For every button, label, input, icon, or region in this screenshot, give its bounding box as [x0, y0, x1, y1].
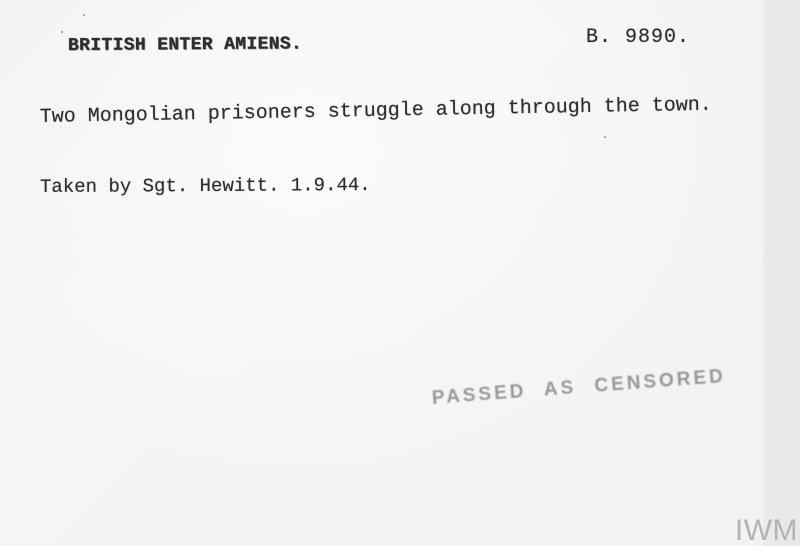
caption-text: Two Mongolian prisoners struggle along t… — [40, 94, 712, 129]
card-title: BRITISH ENTER AMIENS. — [68, 34, 302, 56]
dust-speck — [61, 31, 63, 33]
dust-speck — [83, 14, 85, 16]
card-right-edge-strip — [762, 0, 800, 546]
photo-caption-card: BRITISH ENTER AMIENS. B. 9890. Two Mongo… — [0, 0, 800, 546]
iwm-watermark: IWM — [735, 516, 798, 546]
credit-line: Taken by Sgt. Hewitt. 1.9.44. — [40, 174, 371, 198]
censor-stamp: PASSED AS CENSORED — [431, 366, 726, 410]
dust-speck — [604, 136, 606, 138]
reference-number: B. 9890. — [586, 26, 690, 49]
